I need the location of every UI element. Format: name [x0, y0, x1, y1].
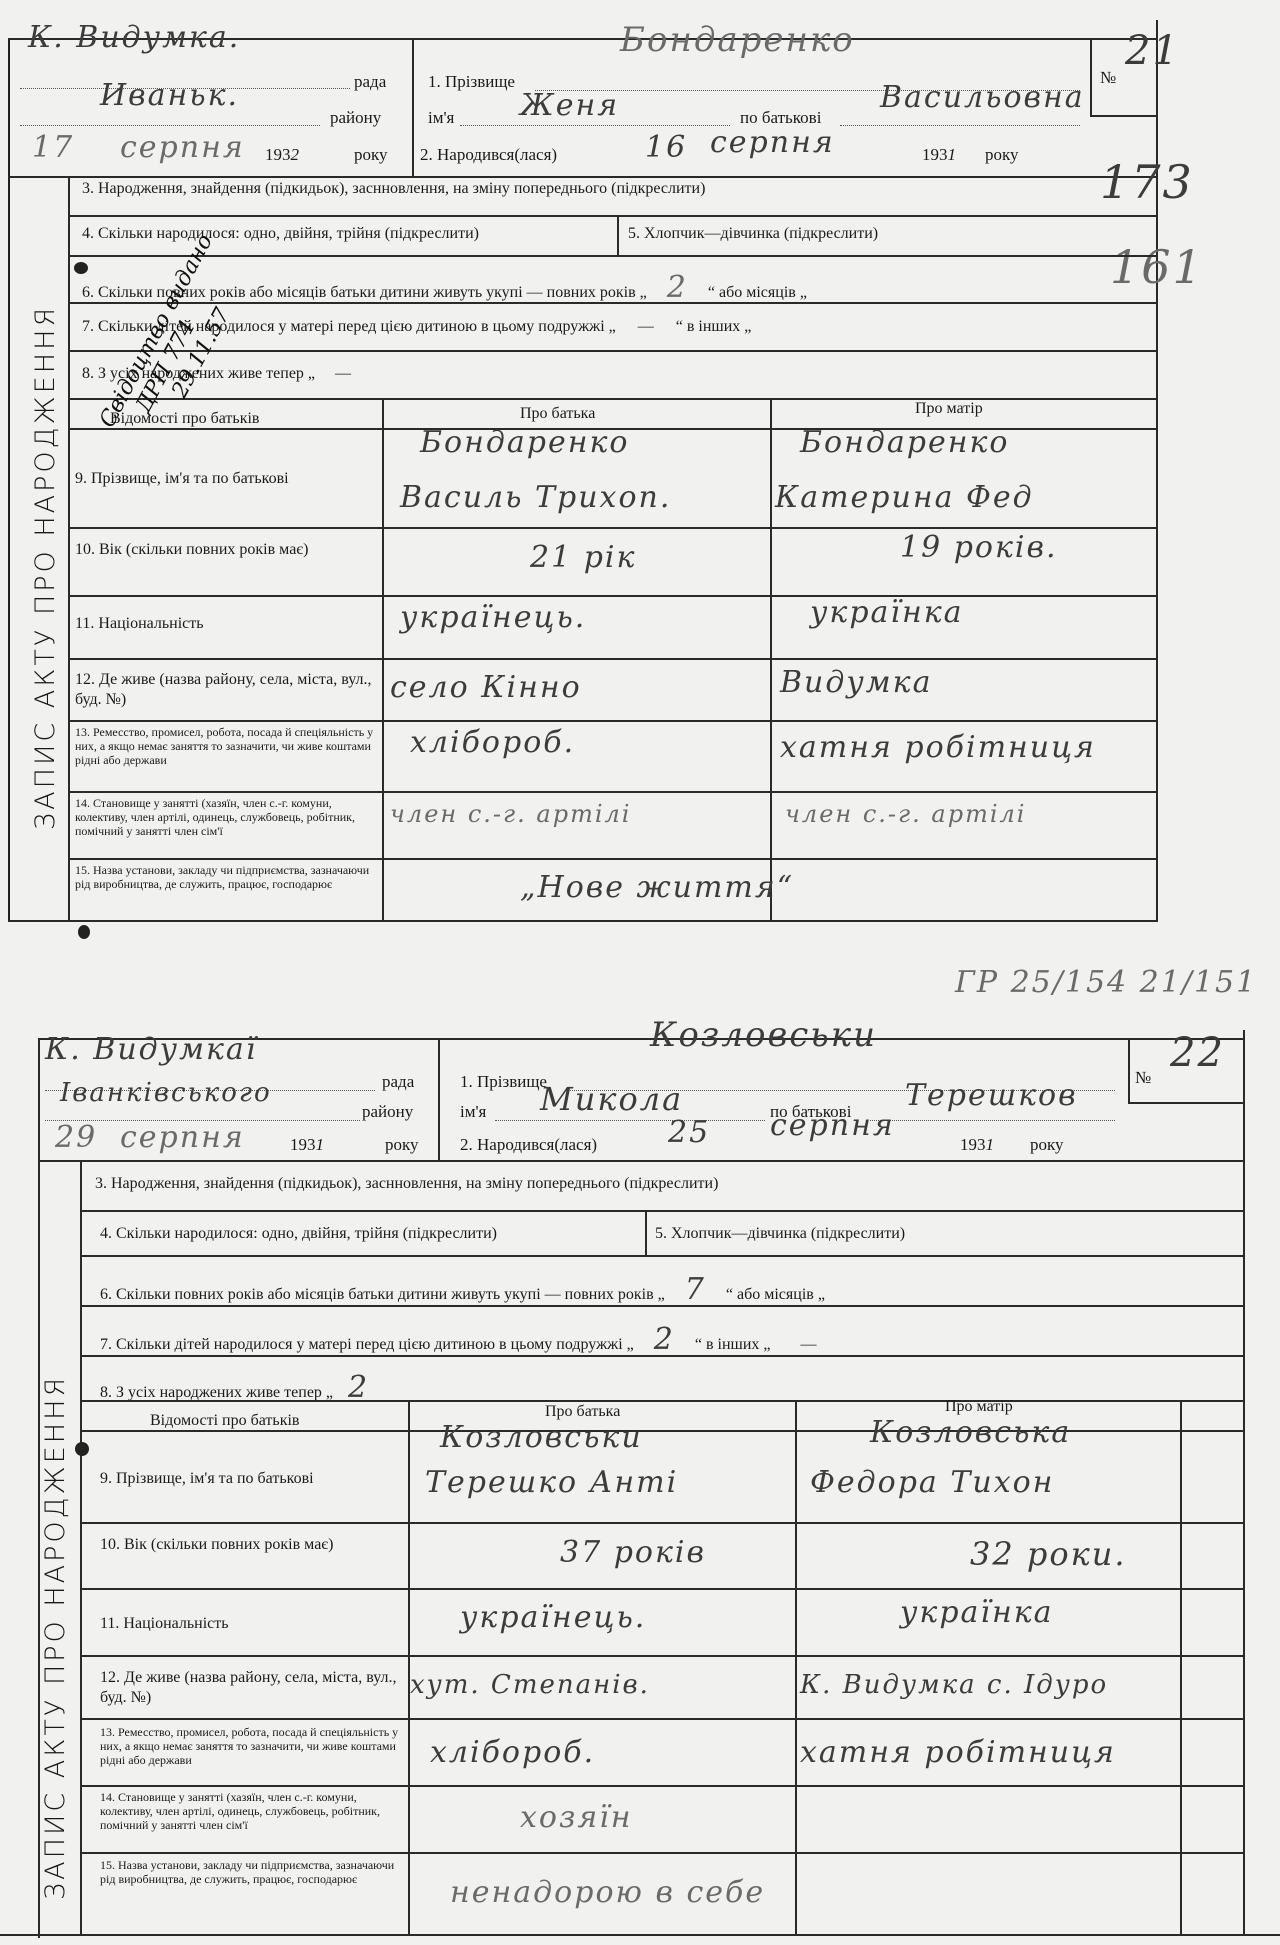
col-father-header: Про батька [545, 1403, 620, 1421]
q14-label: 14. Становище у занятті (хазяїн, член с.… [75, 796, 375, 838]
surname-label: 1. Прізвище [460, 1072, 547, 1092]
q12-label: 12. Де живе (назва району, села, міста, … [75, 670, 375, 710]
birth-year-label: 1931 [960, 1135, 994, 1155]
q13-label: 13. Ремесство, промисел, робота, посада … [100, 1725, 400, 1767]
reg-month-value: серпня [120, 1120, 245, 1155]
q6-text: 6. Скільки повних років або місяців бать… [100, 1286, 665, 1303]
birth-month-value: серпня [770, 1108, 895, 1143]
reg-year-label: 1931 [290, 1135, 324, 1155]
district-value: Иваньк. [100, 78, 239, 113]
q5-label: 5. Хлопчик—дівчинка (підкреслити) [655, 1225, 905, 1243]
roku-label: року [1030, 1135, 1064, 1155]
father-position: хозяїн [520, 1800, 633, 1835]
roku-label: року [385, 1135, 419, 1155]
reg-month-value: серпня [120, 130, 245, 165]
q14-label: 14. Становище у занятті (хазяїн, член с.… [100, 1790, 400, 1832]
q9-label: 9. Прізвище, ім'я та по батькові [100, 1470, 314, 1488]
rada-label: рада [382, 1072, 414, 1092]
mother-nationality: українка [810, 595, 964, 630]
roku-label: року [354, 145, 388, 165]
father-workplace: „Нове життя“ [520, 870, 794, 905]
born-label: 2. Народився(лася) [460, 1135, 597, 1155]
q7-other: — [801, 1336, 817, 1353]
father-nationality: українець. [460, 1600, 646, 1635]
col-mother-header: Про матір [945, 1398, 1013, 1416]
birth-year-digit: 1 [948, 145, 957, 164]
birth-day-value: 25 [668, 1115, 710, 1150]
reg-day-value: 29 [55, 1120, 97, 1155]
mother-nationality: українка [900, 1595, 1054, 1630]
mother-occupation: хатня робітниця [780, 730, 1096, 765]
reg-day-value: 17 [32, 130, 74, 165]
father-position: член с.-г. артілі [390, 800, 631, 828]
reg-year-digit: 2 [291, 145, 300, 164]
name-value: Микола [540, 1080, 683, 1118]
roku-label: року [985, 145, 1019, 165]
q3-label: 3. Народження, знайдення (підкидьок), за… [95, 1175, 718, 1193]
q7-other-text: “ в інших „ [676, 318, 752, 335]
mother-name-1: Бондаренко [800, 425, 1009, 460]
q15-label: 15. Назва установи, закладу чи підприємс… [75, 863, 375, 891]
q4-label: 4. Скільки народилося: одно, двійня, трі… [82, 225, 479, 243]
q6-years: 2 [667, 270, 688, 305]
father-age: 37 років [560, 1535, 706, 1570]
mother-position: член с.-г. артілі [785, 800, 1026, 828]
father-workplace: ненадорою в себе [450, 1875, 765, 1910]
q11-label: 11. Національність [75, 615, 204, 633]
col-mother-header: Про матір [915, 400, 983, 418]
rada-label: рада [354, 72, 386, 92]
number-label: № [1135, 1068, 1151, 1088]
q6-months-text: “ або місяців „ [726, 1286, 825, 1303]
name-label: ім'я [460, 1102, 486, 1122]
name-value: Женя [520, 88, 619, 123]
father-occupation: хлібороб. [430, 1735, 595, 1770]
col-father-header: Про батька [520, 405, 595, 423]
father-name-1: Козловськи [440, 1420, 643, 1455]
q7-this: 2 [654, 1322, 675, 1357]
q7-text: 7. Скільки дітей народилося у матері пер… [100, 1336, 634, 1353]
q8-alive: — [335, 365, 351, 382]
q6-label: 6. Скільки повних років або місяців бать… [100, 1272, 825, 1307]
number-label: № [1100, 68, 1116, 88]
year-prefix: 193 [290, 1135, 316, 1154]
birth-record-card-22: ГР 25/154 21/151 К. Видумкаї рада Іванкі… [0, 990, 1280, 1945]
mother-residence: К. Видумка с. Ідуро [800, 1670, 1108, 1700]
margin-note-2: 161 [1110, 240, 1204, 294]
mother-age: 32 роки. [970, 1535, 1127, 1573]
q7-this: — [638, 318, 654, 335]
mother-name-2: Катерина Фед [775, 480, 1034, 515]
col-info-header: Відомості про батьків [150, 1412, 299, 1430]
record-number: 22 [1170, 1030, 1225, 1076]
ink-blot [75, 1442, 89, 1456]
patronymic-value: Терешков [905, 1078, 1078, 1113]
father-residence: хут. Степанів. [410, 1670, 650, 1700]
q7-label: 7. Скільки дітей народилося у матері пер… [100, 1322, 817, 1357]
q11-label: 11. Національність [100, 1615, 229, 1633]
year-prefix: 193 [960, 1135, 986, 1154]
q9-label: 9. Прізвище, ім'я та по батькові [75, 470, 289, 488]
margin-note-1: 173 [1100, 155, 1194, 209]
side-title: ЗАПИС АКТУ ПРО НАРОДЖЕННЯ [30, 305, 61, 830]
reg-year-digit: 1 [316, 1135, 325, 1154]
father-name-2: Терешко Анті [425, 1465, 678, 1500]
father-occupation: хлібороб. [410, 725, 575, 760]
father-residence: село Кінно [390, 670, 582, 705]
raionu-label: району [330, 108, 381, 128]
mother-name-2: Федора Тихон [810, 1465, 1054, 1500]
ink-blot [78, 925, 90, 939]
q6-months-text: “ або місяців „ [708, 284, 807, 301]
q15-label: 15. Назва установи, закладу чи підприємс… [100, 1858, 400, 1886]
q10-label: 10. Вік (скільки повних років має) [75, 540, 375, 560]
birth-month-value: серпня [710, 125, 835, 160]
surname-value: Бондаренко [620, 20, 855, 60]
q12-label: 12. Де живе (назва району, села, міста, … [100, 1668, 400, 1708]
name-label: ім'я [428, 108, 454, 128]
father-name-1: Бондаренко [420, 425, 629, 460]
reg-year-label: 1932 [265, 145, 299, 165]
council-value: К. Видумка. [28, 20, 240, 55]
q4-label: 4. Скільки народилося: одно, двійня, трі… [100, 1225, 497, 1243]
birth-record-card-21: К. Видумка. рада Иваньк. району 17 серпн… [0, 0, 1280, 940]
mother-occupation: хатня робітниця [800, 1735, 1116, 1770]
surname-label: 1. Прізвище [428, 72, 515, 92]
father-age: 21 рік [530, 540, 636, 575]
birth-year-label: 1931 [922, 145, 956, 165]
q8-text: 8. З усіх народжених живе тепер „ [100, 1384, 333, 1401]
district-value: Іванківського [60, 1078, 272, 1108]
mother-residence: Видумка [780, 665, 932, 700]
ink-blot [74, 262, 88, 274]
q7-other-text: “ в інших „ [695, 1336, 771, 1353]
born-label: 2. Народився(лася) [420, 145, 557, 165]
record-number: 21 [1125, 28, 1180, 74]
q13-label: 13. Ремесство, промисел, робота, посада … [75, 725, 375, 767]
father-nationality: українець. [400, 600, 586, 635]
surname-value: Козловськи [650, 1015, 877, 1055]
birth-year-digit: 1 [986, 1135, 995, 1154]
year-prefix: 193 [922, 145, 948, 164]
mother-name-1: Козловська [870, 1415, 1071, 1450]
top-note: ГР 25/154 21/151 [955, 965, 1257, 1000]
council-value: К. Видумкаї [45, 1032, 257, 1067]
mother-age: 19 років. [900, 530, 1057, 565]
birth-day-value: 16 [645, 130, 687, 165]
father-name-2: Василь Трихоп. [400, 480, 671, 515]
q5-label: 5. Хлопчик—дівчинка (підкреслити) [628, 225, 878, 243]
q6-years: 7 [685, 1272, 706, 1307]
raionu-label: району [362, 1102, 413, 1122]
year-prefix: 193 [265, 145, 291, 164]
side-title: ЗАПИС АКТУ ПРО НАРОДЖЕННЯ [40, 1375, 71, 1900]
q10-label: 10. Вік (скільки повних років має) [100, 1535, 400, 1555]
q3-label: 3. Народження, знайдення (підкидьок), за… [82, 180, 705, 198]
patronymic-value: Васильовна [880, 80, 1085, 115]
